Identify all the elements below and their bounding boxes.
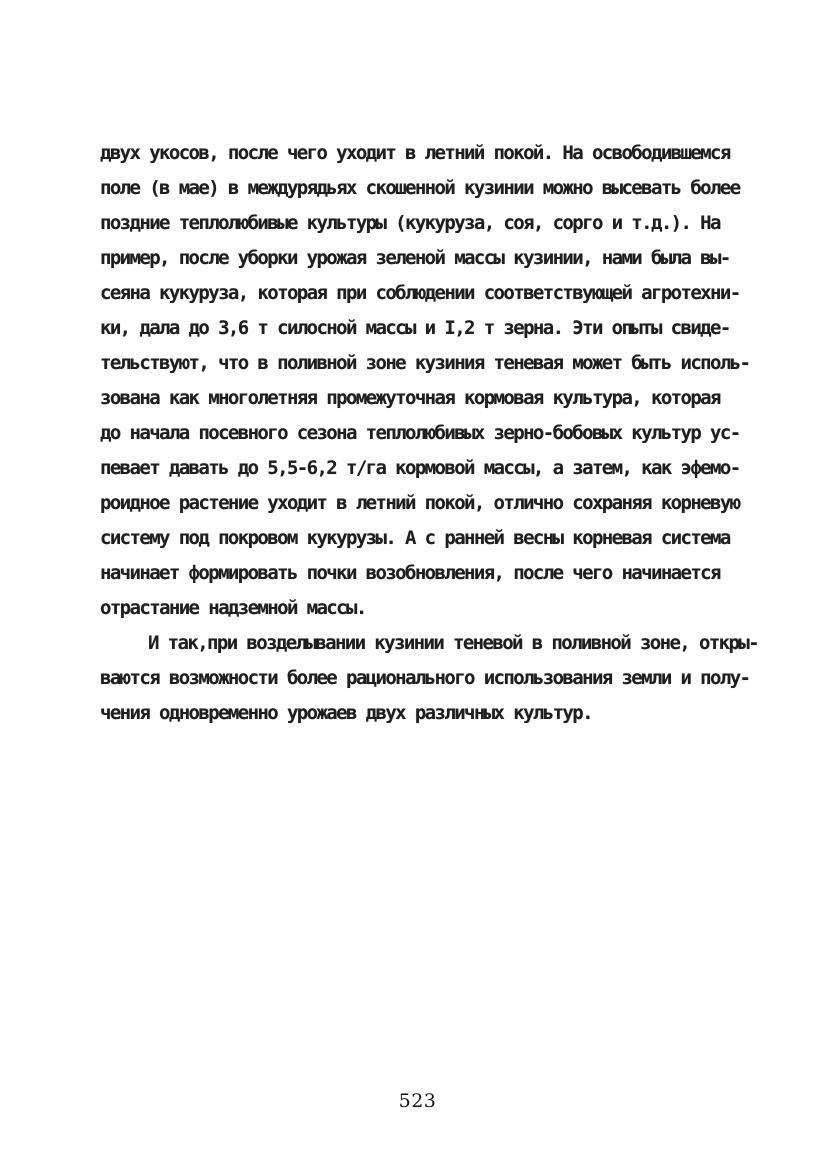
text-line: ки, дала до 3,6 т силосной массы и I,2 т…: [100, 311, 780, 346]
text-line: сеяна кукуруза, которая при соблюдении с…: [100, 276, 780, 311]
text-line: певает давать до 5,5-6,2 т/га кормовой м…: [100, 451, 780, 486]
text-line: систему под покровом кукурузы. А с ранне…: [100, 521, 780, 556]
text-line-paragraph-start: И так,при возделывании кузинии теневой в…: [100, 626, 780, 661]
text-line: отрастание надземной массы.: [100, 591, 780, 626]
text-line: начинает формировать почки возобновления…: [100, 556, 780, 591]
text-line: поле (в мае) в междурядьях скошенной куз…: [100, 171, 780, 206]
text-line: до начала посевного сезона теплолюбивых …: [100, 416, 780, 451]
text-line: тельствуют, что в поливной зоне кузиния …: [100, 346, 780, 381]
typewritten-text-block: двух укосов, после чего уходит в летний …: [100, 136, 780, 731]
page-number: 523: [0, 1090, 835, 1112]
text-line: двух укосов, после чего уходит в летний …: [100, 136, 780, 171]
text-line: роидное растение уходит в летний покой, …: [100, 486, 780, 521]
text-line: зована как многолетняя промежуточная кор…: [100, 381, 780, 416]
text-line: поздние теплолюбивые культуры (кукуруза,…: [100, 206, 780, 241]
text-line: ваются возможности более рационального и…: [100, 661, 780, 696]
text-line: пример, после уборки урожая зеленой масс…: [100, 241, 780, 276]
text-line: чения одновременно урожаев двух различны…: [100, 696, 780, 731]
scanned-page: двух укосов, после чего уходит в летний …: [0, 0, 835, 1170]
